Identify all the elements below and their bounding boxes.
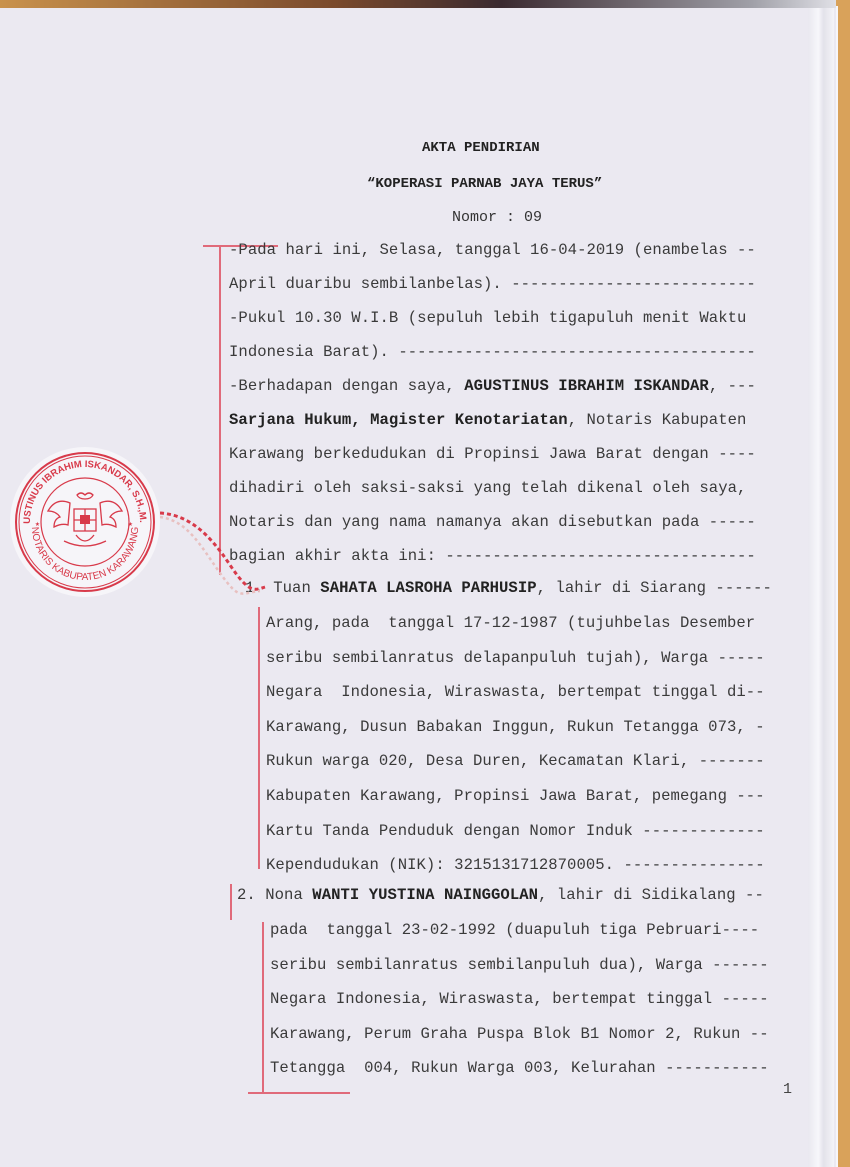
party-1-first-line: 1. Tuan SAHATA LASROHA PARHUSIP, lahir d… xyxy=(245,579,772,597)
body-line: Sarjana Hukum, Magister Kenotariatan, No… xyxy=(229,411,746,429)
party-2-line: seribu sembilanratus sembilanpuluh dua),… xyxy=(270,956,769,974)
garuda-emblem-icon: AGUSTINUS IBRAHIM ISKANDAR, S.H.,M.Kn. N… xyxy=(10,447,160,597)
document-number: Nomor : 09 xyxy=(0,209,850,226)
top-shadow xyxy=(0,0,836,8)
notary-seal: AGUSTINUS IBRAHIM ISKANDAR, S.H.,M.Kn. N… xyxy=(10,447,160,597)
margin-line-party-1 xyxy=(258,607,260,869)
party-1-line: seribu sembilanratus delapanpuluh tujah)… xyxy=(266,649,765,667)
body-line: April duaribu sembilanbelas). ----------… xyxy=(229,275,756,293)
party-1-line: Rukun warga 020, Desa Duren, Kecamatan K… xyxy=(266,752,765,770)
party-1-line: Kabupaten Karawang, Propinsi Jawa Barat,… xyxy=(266,787,765,805)
party-2-line: Tetangga 004, Rukun Warga 003, Kelurahan… xyxy=(270,1059,769,1077)
document-title: AKTA PENDIRIAN xyxy=(0,140,850,156)
binding-string-icon xyxy=(160,505,270,595)
party-2-line: Negara Indonesia, Wiraswasta, bertempat … xyxy=(270,990,769,1008)
party-1-line: Kependudukan (NIK): 3215131712870005. --… xyxy=(266,856,765,874)
body-line: Notaris dan yang nama namanya akan diseb… xyxy=(229,513,756,531)
party-1-line: Kartu Tanda Penduduk dengan Nomor Induk … xyxy=(266,822,765,840)
page-number: 1 xyxy=(783,1081,792,1098)
party-1-line: Negara Indonesia, Wiraswasta, bertempat … xyxy=(266,683,765,701)
margin-line-party-2-number xyxy=(230,884,232,920)
party-1-line: Arang, pada tanggal 17-12-1987 (tujuhbel… xyxy=(266,614,755,632)
body-line: -Berhadapan dengan saya, AGUSTINUS IBRAH… xyxy=(229,377,756,395)
party-2-line: pada tanggal 23-02-1992 (duapuluh tiga P… xyxy=(270,921,759,939)
body-line: Indonesia Barat). ----------------------… xyxy=(229,343,756,361)
body-line: Karawang berkedudukan di Propinsi Jawa B… xyxy=(229,445,756,463)
body-line: dihadiri oleh saksi-saksi yang telah dik… xyxy=(229,479,746,497)
party-1-line: Karawang, Dusun Babakan Inggun, Rukun Te… xyxy=(266,718,765,736)
body-line: -Pada hari ini, Selasa, tanggal 16-04-20… xyxy=(229,241,756,259)
document-subtitle: “KOPERASI PARNAB JAYA TERUS” xyxy=(0,176,850,192)
svg-text:★: ★ xyxy=(128,520,133,529)
margin-line-bottom xyxy=(248,1092,350,1094)
body-line: -Pukul 10.30 W.I.B (sepuluh lebih tigapu… xyxy=(229,309,746,327)
margin-line-party-2 xyxy=(262,922,264,1092)
body-line: bagian akhir akta ini: -----------------… xyxy=(229,547,756,565)
party-2-first-line: 2. Nona WANTI YUSTINA NAINGGOLAN, lahir … xyxy=(237,886,764,904)
party-2-line: Karawang, Perum Graha Puspa Blok B1 Nomo… xyxy=(270,1025,769,1043)
svg-text:★: ★ xyxy=(35,520,40,529)
